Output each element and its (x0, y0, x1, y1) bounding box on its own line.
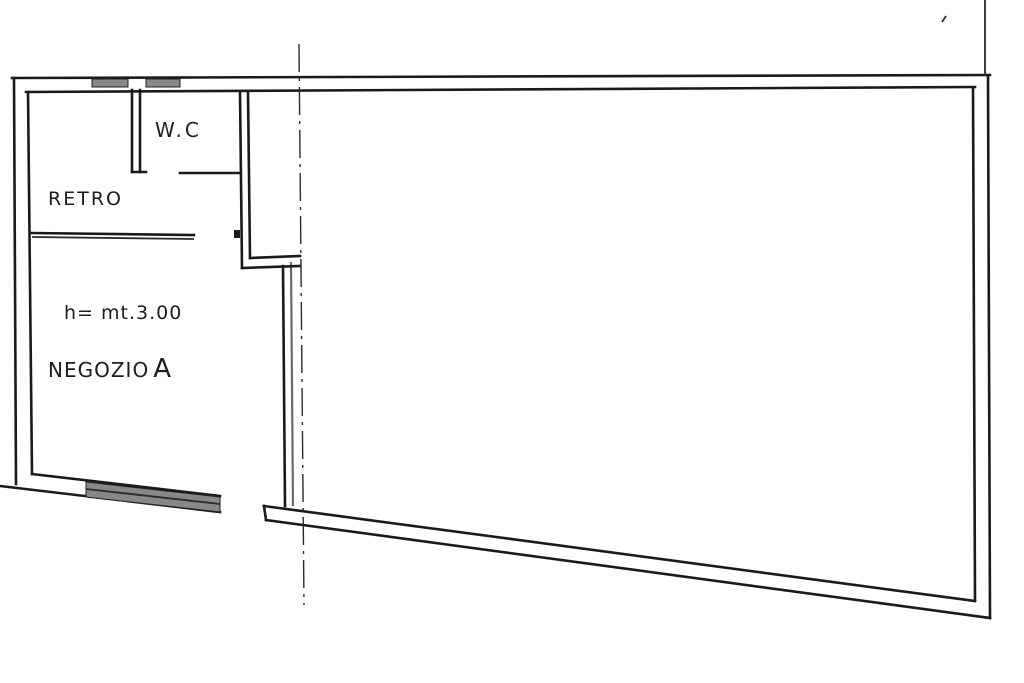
wc-partition (132, 90, 146, 172)
partition-wall (283, 262, 293, 506)
bottom-main-wall (264, 506, 990, 618)
floor-plan-drawing (0, 0, 1024, 683)
shop-label: NEGOZIOA (48, 354, 172, 384)
retro-partition (32, 233, 194, 239)
wc-label: W.C (155, 118, 202, 142)
shop-window (86, 482, 220, 512)
dividing-axis-line (299, 44, 304, 605)
back-room-label: RETRO (48, 188, 123, 210)
ceiling-height-note: h= mt.3.00 (64, 302, 182, 324)
service-shaft-walls (234, 92, 300, 268)
left-wall (14, 78, 32, 484)
shop-mark: A (153, 354, 172, 384)
right-wall (973, 76, 990, 618)
shop-name: NEGOZIO (48, 358, 149, 382)
top-window (92, 79, 180, 87)
pencil-mark (942, 16, 946, 22)
